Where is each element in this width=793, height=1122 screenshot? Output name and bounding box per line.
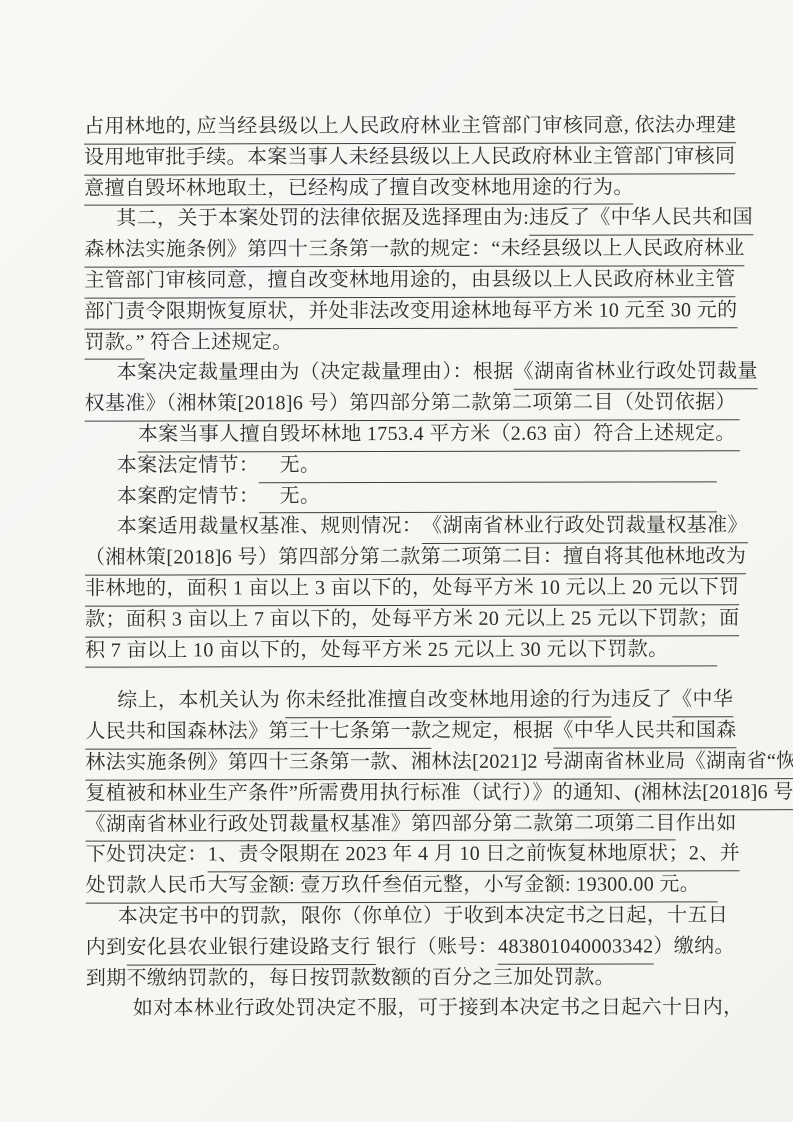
text-segment: 之规定，根据	[431, 716, 553, 747]
text-segment: 下处罚决定：	[86, 840, 208, 871]
blank-underline	[668, 634, 717, 667]
document-line: 款；面积 3 亩以上 7 亩以下的，处每平方米 20 元以上 25 元以下罚款；…	[85, 603, 717, 635]
document-line: 本案当事人擅自毁坏林地 1753.4 平方米（2.63 亩）符合上述规定。	[85, 418, 717, 450]
underlined-text-segment: 无。	[259, 450, 320, 483]
underlined-text-segment: 1、责令限期在 2023 年 4 月 10 日之前恢复林地原状；2、并	[208, 839, 740, 873]
underlined-text-segment: 你未经批准擅自改变林地用途的行为	[285, 685, 611, 718]
underlined-text-segment: 森林法实施条例》第四十三条第一款的规定：“未经县级以上人民政府林业	[84, 233, 745, 267]
document-line: 本案适用裁量权基准、规则情况：《湖南省林业行政处罚裁量权基准》	[85, 511, 717, 543]
blank-underline	[700, 869, 718, 902]
underlined-text-segment: 复植被和林业生产条件”所需费用执行标准（试行）》的通知、(湘林法[2018]6 …	[85, 777, 793, 811]
underlined-text-segment: 积 7 亩以上 10 亩以下的，处每平方米 25 元以上 30 元以下罚款。	[85, 634, 668, 668]
blank-underline	[320, 480, 717, 514]
text-segment: 违反了	[611, 685, 672, 716]
underlined-text-segment: 《湖南省林业行政处罚裁量权基准》第四部分第二款第二项第二目	[86, 808, 676, 842]
blank-underline	[736, 387, 740, 420]
document-line: 本决定书中的罚款，限你（你单位）于收到本决定书之日起，十五日	[86, 900, 718, 932]
document-line: 设用地审批手续。本案当事人未经县级以上人民政府林业主管部门审核同	[84, 141, 716, 173]
underlined-text-segment: （湘林策[2018]6 号）第四部分第二款第二项第二目：擅自将其他林地改为	[85, 541, 746, 575]
document-line: 到期不缴纳罚款的，每日按罚款数额的百分之三加处罚款。	[86, 962, 718, 994]
document-line: 复植被和林业生产条件”所需费用执行标准（试行）》的通知、(湘林法[2018]6 …	[85, 777, 717, 809]
document-line: 其二，关于本案处罚的法律依据及选择理由为:违反了《中华人民共和国	[84, 203, 716, 235]
underlined-text-segment: 《中华	[672, 685, 733, 718]
underlined-text-segment: 《湖南省林业行政处罚裁量权基准》	[422, 511, 748, 544]
document-line: 主管部门审核同意，擅自改变林地用途的，由县级以上人民政府林业主管	[84, 264, 716, 296]
document-line: 处罚款人民币大写金额: 壹万玖仟叁佰元整，小写金额: 19300.00 元。	[86, 869, 718, 901]
text-segment: 符合上述规定。	[145, 327, 293, 358]
document-line: 部门责令限期恢复原状，并处非法改变用途林地每平方米 10 元至 30 元的	[84, 295, 716, 327]
underlined-text-segment: 林法实施条例》第四十三条第一款、湘林法[2021]2 号湖南省林业局《湖南省“恢	[85, 746, 793, 780]
document-text: 占用林地的, 应当经县级以上人民政府林业主管部门审核同意, 依法办理建设用地审批…	[84, 110, 718, 1024]
text-segment: 作出如	[676, 808, 737, 839]
underlined-text-segment: 设用地审批手续。本案当事人未经县级以上人民政府林业主管部门审核同	[84, 141, 735, 175]
underlined-text-segment: 本案当事人擅自毁坏林地 1753.4 平方米（2.63 亩）符合上述规定。	[138, 418, 736, 452]
blank-underline	[736, 418, 740, 451]
underlined-text-segment: 无。	[259, 481, 320, 514]
text-segment: 本案酌定情节：	[117, 481, 260, 512]
penalty-decision-page: 占用林地的, 应当经县级以上人民政府林业主管部门审核同意, 依法办理建设用地审批…	[0, 0, 793, 1122]
underlined-text-segment: 占用林地的, 应当经县级以上人民政府林业主管部门审核同意, 依法办理建	[84, 110, 736, 144]
document-line: 《湖南省林业行政处罚裁量权基准》第四部分第二款第二项第二目作出如	[86, 808, 718, 840]
document-line: 本案酌定情节： 无。	[85, 480, 717, 512]
document-line: 森林法实施条例》第四十三条第一款的规定：“未经县级以上人民政府林业	[84, 234, 716, 266]
text-segment: 本案法定情节：	[117, 450, 260, 481]
document-line: 内到安化县农业银行建设路支行 银行（账号：483801040003342）缴纳。	[86, 931, 718, 963]
text-segment: 综上，本机关认为	[117, 686, 285, 717]
underlined-text-segment: 安化县农业银行建设路支行	[126, 932, 376, 965]
text-segment: 内到	[86, 932, 127, 963]
document-line: 非林地的，面积 1 亩以上 3 亩以下的，处每平方米 10 元以上 20 元以下…	[85, 572, 717, 604]
underlined-text-segment: 违反了《中华人民共和国	[529, 203, 753, 236]
document-line: 积 7 亩以上 10 亩以下的，处每平方米 25 元以上 30 元以下罚款。	[85, 634, 717, 666]
document-line: 如对本林业行政处罚决定不服，可于接到本决定书之日起六十日内，	[86, 993, 718, 1025]
underlined-text-segment: 权基准》（湘林策[2018]6 号）第四部分第二款第二项第二目（处罚依据）	[85, 387, 736, 421]
document-line: 林法实施条例》第四十三条第一款、湘林法[2021]2 号湖南省林业局《湖南省“恢	[85, 746, 717, 778]
text-segment: 本案适用裁量权基准、规则情况：	[117, 511, 422, 542]
underlined-text-segment: 主管部门审核同意，擅自改变林地用途的，由县级以上人民政府林业主管	[84, 264, 735, 298]
underlined-text-segment: 部门责令限期恢复原状，并处非法改变用途林地每平方米 10 元至 30 元的	[84, 295, 737, 329]
text-segment: 到期不缴纳罚款的，每日按罚款数额的百分之三加处罚款。	[86, 962, 615, 994]
underlined-text-segment: 款；面积 3 亩以上 7 亩以下的，处每平方米 20 元以上 25 元以下罚款；…	[85, 603, 739, 637]
document-line: 占用林地的, 应当经县级以上人民政府林业主管部门审核同意, 依法办理建	[84, 110, 716, 142]
underlined-text-segment: 罚款。”	[84, 327, 144, 360]
text-segment: 如对本林业行政处罚决定不服，可于接到本决定书之日起六十日内，	[133, 993, 744, 1025]
document-line: 人民共和国森林法》第三十七条第一款之规定，根据《中华人民共和国森	[85, 715, 717, 747]
underlined-text-segment: 处罚款人民币大写金额: 壹万玖仟叁佰元整，小写金额: 19300.00 元。	[86, 869, 700, 903]
underlined-text-segment: 《中华人民共和国森	[553, 715, 736, 748]
underlined-text-segment: 《湖南省林业行政处罚裁量	[514, 357, 758, 390]
text-segment: 银行（账号：	[376, 932, 498, 963]
text-segment: 本案决定裁量理由为（决定裁量理由）：根据	[117, 357, 514, 389]
underlined-text-segment: 非林地的，面积 1 亩以上 3 亩以下的，处每平方米 10 元以上 20 元以下…	[85, 572, 739, 606]
document-line: 罚款。” 符合上述规定。	[84, 326, 716, 358]
underlined-text-segment: 意擅自毁坏林地取土，已经构成了擅自改变林地用途的行为。	[84, 172, 634, 206]
underlined-text-segment: 人民共和国森林法》第三十七条第一款	[85, 716, 431, 750]
blank-underline	[320, 449, 717, 483]
text-segment: 其二，关于本案处罚的法律依据及选择理由为:	[116, 203, 529, 235]
document-line: （湘林策[2018]6 号）第四部分第二款第二项第二目：擅自将其他林地改为	[85, 541, 717, 573]
document-line: 下处罚决定：1、责令限期在 2023 年 4 月 10 日之前恢复林地原状；2、…	[86, 839, 718, 871]
document-line: 本案法定情节： 无。	[85, 449, 717, 481]
document-line: 本案决定裁量理由为（决定裁量理由）：根据《湖南省林业行政处罚裁量	[85, 357, 717, 389]
document-line: 综上，本机关认为 你未经批准擅自改变林地用途的行为违反了《中华	[85, 685, 717, 717]
underlined-text-segment: 483801040003342	[498, 931, 653, 964]
text-segment: ）缴纳。	[653, 931, 734, 962]
document-line: 意擅自毁坏林地取土，已经构成了擅自改变林地用途的行为。	[84, 172, 716, 204]
text-segment: 本决定书中的罚款，限你（你单位）于收到本决定书之日起，十五日	[118, 900, 729, 932]
document-line: 权基准》（湘林策[2018]6 号）第四部分第二款第二项第二目（处罚依据）	[85, 388, 717, 420]
